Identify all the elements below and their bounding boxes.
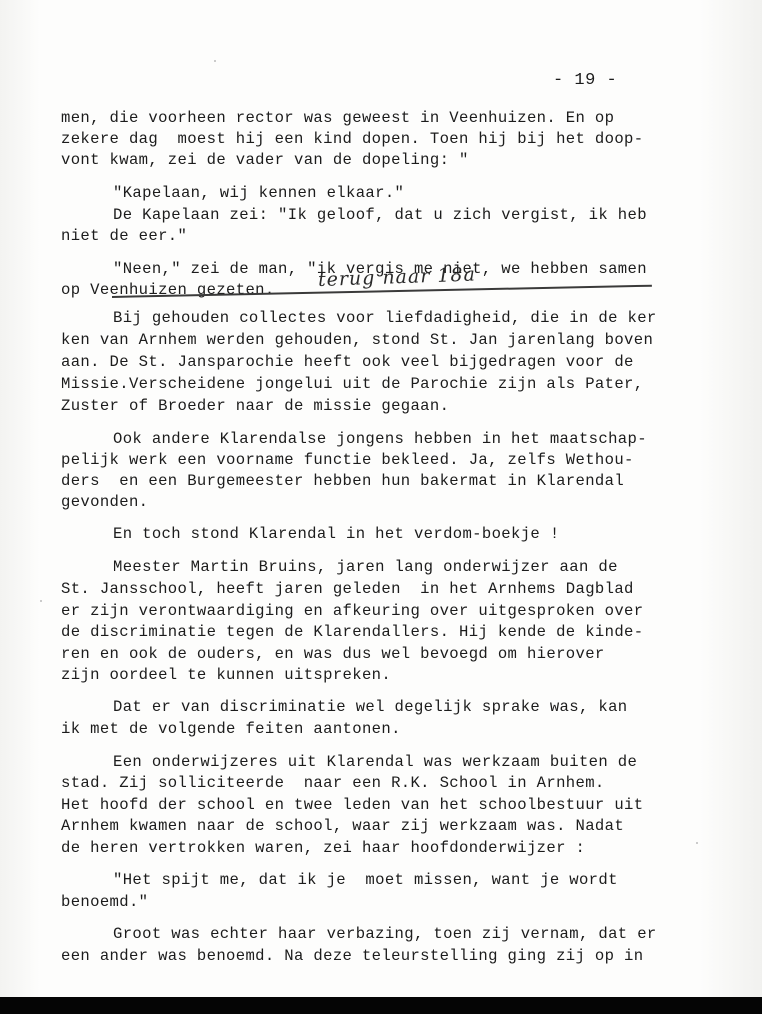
text-line: ders en een Burgemeester hebben hun bake… <box>61 471 624 491</box>
text-line: Ook andere Klarendalse jongens hebben in… <box>113 429 647 449</box>
text-line: "Kapelaan, wij kennen elkaar." <box>113 183 404 203</box>
text-line: stad. Zij solliciteerde naar een R.K. Sc… <box>61 773 605 793</box>
text-line: Missie.Verscheidene jongelui uit de Paro… <box>61 374 643 394</box>
text-line: Zuster of Broeder naar de missie gegaan. <box>61 396 449 416</box>
text-line: Dat er van discriminatie wel degelijk sp… <box>113 697 628 717</box>
text-line: de discriminatie tegen de Klarendallers.… <box>61 622 643 642</box>
text-line: een ander was benoemd. Na deze teleurste… <box>61 946 643 966</box>
text-line: Groot was echter haar verbazing, toen zi… <box>113 924 657 944</box>
text-line: niet de eer." <box>61 226 187 246</box>
scan-speck <box>214 60 216 62</box>
text-line: ik met de volgende feiten aantonen. <box>61 719 401 739</box>
text-line: Het hoofd der school en twee leden van h… <box>61 795 643 815</box>
text-line: men, die voorheen rector was geweest in … <box>61 108 614 128</box>
text-line: zijn oordeel te kunnen uitspreken. <box>61 665 391 685</box>
text-line: gevonden. <box>61 492 148 512</box>
text-line: vont kwam, zei de vader van de dopeling:… <box>61 150 469 170</box>
text-line: "Het spijt me, dat ik je moet missen, wa… <box>113 870 618 890</box>
scan-speck <box>696 842 698 844</box>
text-line: pelijk werk een voorname functie bekleed… <box>61 450 634 470</box>
text-line: Arnhem kwamen naar de school, waar zij w… <box>61 816 624 836</box>
text-line: Meester Martin Bruins, jaren lang onderw… <box>113 557 618 577</box>
scanned-page: - 19 - men, die voorheen rector was gewe… <box>0 0 762 997</box>
text-line: benoemd." <box>61 892 148 912</box>
text-line: aan. De St. Jansparochie heeft ook veel … <box>61 352 634 372</box>
scan-speck <box>40 600 42 602</box>
text-line: De Kapelaan zei: "Ik geloof, dat u zich … <box>113 205 647 225</box>
text-line: En toch stond Klarendal in het verdom-bo… <box>113 524 560 544</box>
text-line: zekere dag moest hij een kind dopen. Toe… <box>61 129 643 149</box>
scan-border-bottom <box>0 997 762 1014</box>
text-line: Bij gehouden collectes voor liefdadighei… <box>113 308 657 328</box>
page-number: - 19 - <box>553 71 617 90</box>
text-line: St. Jansschool, heeft jaren geleden in h… <box>61 579 634 599</box>
text-line: Een onderwijzeres uit Klarendal was werk… <box>113 752 637 772</box>
handwritten-note: terug naar 18a <box>318 263 477 290</box>
text-line: de heren vertrokken waren, zei haar hoof… <box>61 838 585 858</box>
text-line: er zijn verontwaardiging en afkeuring ov… <box>61 601 643 621</box>
text-line: ren en ook de ouders, en was dus wel bev… <box>61 644 605 664</box>
text-line: ken van Arnhem werden gehouden, stond St… <box>61 330 653 350</box>
text-line: op Veenhuizen gezeten. <box>61 280 275 300</box>
